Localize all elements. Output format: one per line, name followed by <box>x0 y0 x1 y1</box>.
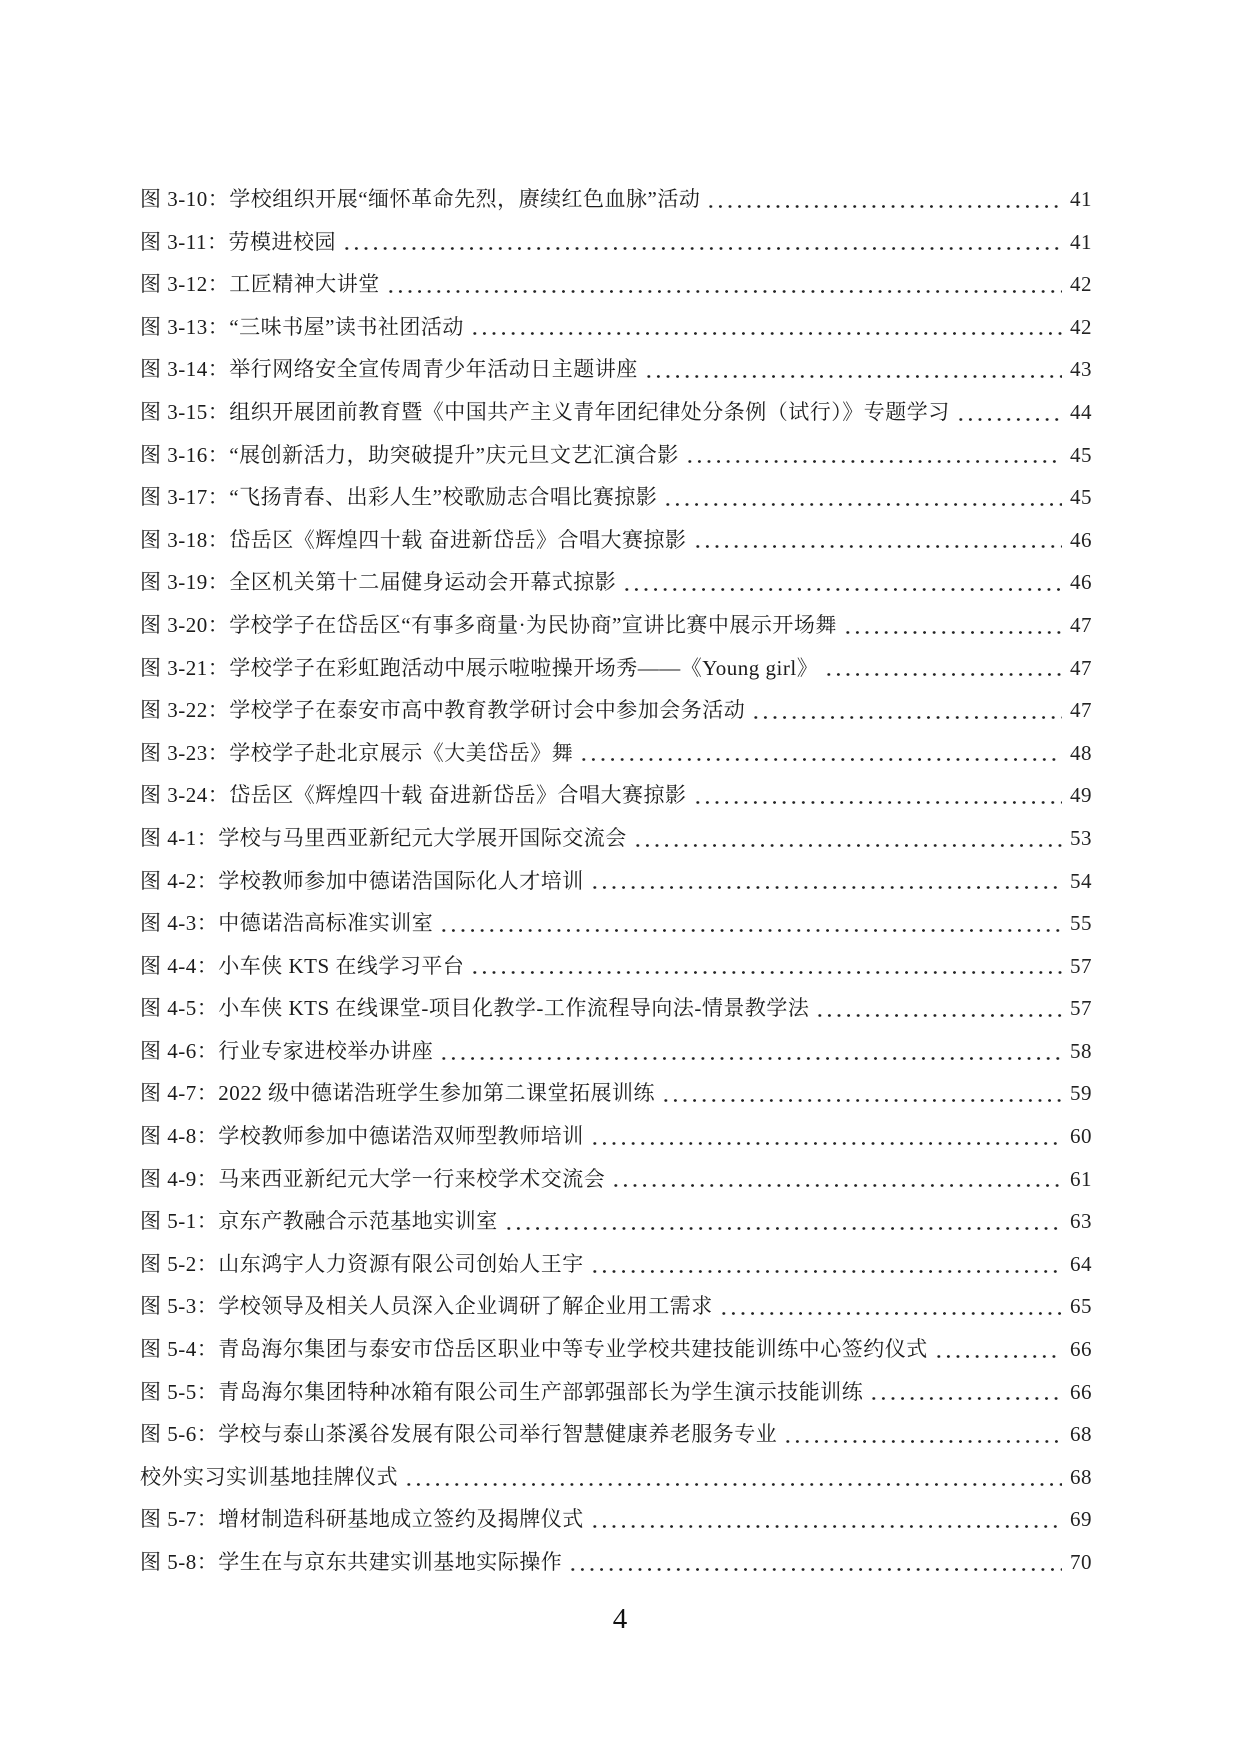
toc-entry-label: 图 4-7：2022 级中德诺浩班学生参加第二课堂拓展训练 <box>140 1072 655 1115</box>
toc-entry[interactable]: 图 5-3：学校领导及相关人员深入企业调研了解企业用工需求 65 <box>140 1285 1092 1328</box>
toc-entry-label: 图 4-3：中德诺浩高标准实训室 <box>140 902 433 945</box>
dot-leader <box>504 1200 1062 1243</box>
toc-entry-label: 图 3-18：岱岳区《辉煌四十载 奋进新岱岳》合唱大赛掠影 <box>140 519 687 562</box>
toc-entry-label: 图 3-20：学校学子在岱岳区“有事多商量·为民协商”宣讲比赛中展示开场舞 <box>140 604 837 647</box>
toc-entry[interactable]: 图 3-20：学校学子在岱岳区“有事多商量·为民协商”宣讲比赛中展示开场舞 47 <box>140 604 1092 647</box>
toc-entry-page: 45 <box>1066 476 1092 519</box>
toc-entry[interactable]: 图 3-18：岱岳区《辉煌四十载 奋进新岱岳》合唱大赛掠影 46 <box>140 519 1092 562</box>
toc-entry-page: 64 <box>1066 1243 1092 1286</box>
dot-leader <box>404 1456 1062 1499</box>
toc-entry-label: 图 4-1：学校与马里西亚新纪元大学展开国际交流会 <box>140 817 627 860</box>
toc-entry[interactable]: 图 3-14：举行网络安全宣传周青少年活动日主题讲座 43 <box>140 348 1092 391</box>
toc-entry-page: 41 <box>1066 178 1092 221</box>
toc-entry[interactable]: 图 5-1：京东产教融合示范基地实训室 63 <box>140 1200 1092 1243</box>
toc-entry-label: 图 3-23：学校学子赴北京展示《大美岱岳》舞 <box>140 732 573 775</box>
toc-entry-label: 图 5-2：山东鸿宇人力资源有限公司创始人王宇 <box>140 1243 584 1286</box>
dot-leader <box>685 434 1062 477</box>
dot-leader <box>386 263 1062 306</box>
toc-entry-label: 图 4-6：行业专家进校举办讲座 <box>140 1030 433 1073</box>
dot-leader <box>611 1158 1062 1201</box>
document-page: 图 3-10：学校组织开展“缅怀革命先烈，赓续红色血脉”活动 41 图 3-11… <box>0 0 1240 1753</box>
toc-entry[interactable]: 图 4-9：马来西亚新纪元大学一行来校学术交流会 61 <box>140 1158 1092 1201</box>
toc-entry[interactable]: 图 5-8：学生在与京东共建实训基地实际操作 70 <box>140 1541 1092 1584</box>
toc-entry-label: 图 4-4：小车侠 KTS 在线学习平台 <box>140 945 464 988</box>
dot-leader <box>869 1371 1062 1414</box>
toc-entry-page: 66 <box>1066 1371 1092 1414</box>
toc-entry-page: 66 <box>1066 1328 1092 1371</box>
toc-entry-page: 68 <box>1066 1413 1092 1456</box>
dot-leader <box>693 774 1063 817</box>
dot-leader <box>824 647 1062 690</box>
dot-leader <box>934 1328 1062 1371</box>
dot-leader <box>693 519 1063 562</box>
toc-entry[interactable]: 图 5-5：青岛海尔集团特种冰箱有限公司生产部郭强部长为学生演示技能训练 66 <box>140 1371 1092 1414</box>
toc-entry-page: 47 <box>1066 689 1092 732</box>
toc-entry-page: 46 <box>1066 561 1092 604</box>
figure-list: 图 3-10：学校组织开展“缅怀革命先烈，赓续红色血脉”活动 41 图 3-11… <box>140 178 1092 1584</box>
toc-entry-page: 60 <box>1066 1115 1092 1158</box>
dot-leader <box>661 1072 1062 1115</box>
toc-entry-label: 图 5-1：京东产教融合示范基地实训室 <box>140 1200 498 1243</box>
toc-entry-label: 图 5-3：学校领导及相关人员深入企业调研了解企业用工需求 <box>140 1285 713 1328</box>
dot-leader <box>579 732 1062 775</box>
toc-entry[interactable]: 图 3-10：学校组织开展“缅怀革命先烈，赓续红色血脉”活动 41 <box>140 178 1092 221</box>
toc-entry[interactable]: 图 3-19：全区机关第十二届健身运动会开幕式掠影 46 <box>140 561 1092 604</box>
toc-entry-label: 图 3-12：工匠精神大讲堂 <box>140 263 380 306</box>
toc-entry-label: 图 5-7：增材制造科研基地成立签约及揭牌仪式 <box>140 1498 584 1541</box>
toc-entry[interactable]: 图 5-4：青岛海尔集团与泰安市岱岳区职业中等专业学校共建技能训练中心签约仪式 … <box>140 1328 1092 1371</box>
toc-entry-label: 图 3-24：岱岳区《辉煌四十载 奋进新岱岳》合唱大赛掠影 <box>140 774 687 817</box>
dot-leader <box>956 391 1062 434</box>
toc-entry[interactable]: 图 4-2：学校教师参加中德诺浩国际化人才培训 54 <box>140 860 1092 903</box>
toc-entry[interactable]: 图 3-12：工匠精神大讲堂 42 <box>140 263 1092 306</box>
toc-entry-label: 图 3-21：学校学子在彩虹跑活动中展示啦啦操开场秀——《Young girl》 <box>140 647 818 690</box>
dot-leader <box>470 945 1062 988</box>
dot-leader <box>663 476 1062 519</box>
toc-entry-page: 55 <box>1066 902 1092 945</box>
toc-entry-page: 43 <box>1066 348 1092 391</box>
toc-entry[interactable]: 图 3-23：学校学子赴北京展示《大美岱岳》舞 48 <box>140 732 1092 775</box>
toc-entry[interactable]: 图 3-17：“飞扬青春、出彩人生”校歌励志合唱比赛掠影 45 <box>140 476 1092 519</box>
dot-leader <box>439 1030 1062 1073</box>
toc-entry-page: 49 <box>1066 774 1092 817</box>
dot-leader <box>843 604 1062 647</box>
toc-entry-label: 图 3-16：“展创新活力，助突破提升”庆元旦文艺汇演合影 <box>140 434 679 477</box>
toc-entry-page: 48 <box>1066 732 1092 775</box>
dot-leader <box>622 561 1062 604</box>
toc-entry-page: 63 <box>1066 1200 1092 1243</box>
toc-entry[interactable]: 图 3-13：“三味书屋”读书社团活动 42 <box>140 306 1092 349</box>
toc-entry-label: 图 3-14：举行网络安全宣传周青少年活动日主题讲座 <box>140 348 638 391</box>
toc-entry[interactable]: 图 4-8：学校教师参加中德诺浩双师型教师培训 60 <box>140 1115 1092 1158</box>
toc-entry[interactable]: 图 5-2：山东鸿宇人力资源有限公司创始人王宇 64 <box>140 1243 1092 1286</box>
toc-entry-page: 65 <box>1066 1285 1092 1328</box>
toc-entry[interactable]: 图 3-21：学校学子在彩虹跑活动中展示啦啦操开场秀——《Young girl》… <box>140 647 1092 690</box>
dot-leader <box>783 1413 1062 1456</box>
toc-entry-page: 58 <box>1066 1030 1092 1073</box>
toc-entry[interactable]: 图 3-11：劳模进校园 41 <box>140 221 1092 264</box>
toc-entry-page: 59 <box>1066 1072 1092 1115</box>
toc-entry-label: 图 4-9：马来西亚新纪元大学一行来校学术交流会 <box>140 1158 605 1201</box>
toc-entry-label: 图 4-2：学校教师参加中德诺浩国际化人才培训 <box>140 860 584 903</box>
toc-entry[interactable]: 图 4-6：行业专家进校举办讲座 58 <box>140 1030 1092 1073</box>
toc-entry-label: 图 3-10：学校组织开展“缅怀革命先烈，赓续红色血脉”活动 <box>140 178 700 221</box>
toc-entry-page: 41 <box>1066 221 1092 264</box>
toc-entry-label: 图 3-15：组织开展团前教育暨《中国共产主义青年团纪律处分条例（试行）》专题学… <box>140 391 950 434</box>
footer-page-number: 4 <box>0 1605 1240 1634</box>
dot-leader <box>633 817 1062 860</box>
toc-entry-page: 54 <box>1066 860 1092 903</box>
toc-entry[interactable]: 图 3-22：学校学子在泰安市高中教育教学研讨会中参加会务活动 47 <box>140 689 1092 732</box>
dot-leader <box>590 860 1062 903</box>
toc-entry-page: 46 <box>1066 519 1092 562</box>
toc-entry-label: 图 5-6：学校与泰山茶溪谷发展有限公司举行智慧健康养老服务专业 <box>140 1413 777 1456</box>
dot-leader <box>719 1285 1062 1328</box>
toc-entry-label: 图 4-8：学校教师参加中德诺浩双师型教师培训 <box>140 1115 584 1158</box>
toc-entry-label: 图 3-11：劳模进校园 <box>140 221 336 264</box>
dot-leader <box>439 902 1062 945</box>
dot-leader <box>706 178 1062 221</box>
toc-entry[interactable]: 图 4-5：小车侠 KTS 在线课堂-项目化教学-工作流程导向法-情景教学法 5… <box>140 987 1092 1030</box>
toc-entry-label: 图 5-8：学生在与京东共建实训基地实际操作 <box>140 1541 562 1584</box>
toc-entry-page: 61 <box>1066 1158 1092 1201</box>
toc-entry-page: 57 <box>1066 945 1092 988</box>
toc-entry-label: 图 3-22：学校学子在泰安市高中教育教学研讨会中参加会务活动 <box>140 689 745 732</box>
toc-entry[interactable]: 图 3-24：岱岳区《辉煌四十载 奋进新岱岳》合唱大赛掠影 49 <box>140 774 1092 817</box>
toc-entry-page: 42 <box>1066 306 1092 349</box>
toc-entry[interactable]: 图 5-7：增材制造科研基地成立签约及揭牌仪式 69 <box>140 1498 1092 1541</box>
toc-entry-page: 53 <box>1066 817 1092 860</box>
toc-entry-page: 57 <box>1066 987 1092 1030</box>
toc-entry-label: 图 5-4：青岛海尔集团与泰安市岱岳区职业中等专业学校共建技能训练中心签约仪式 <box>140 1328 928 1371</box>
toc-entry[interactable]: 图 4-1：学校与马里西亚新纪元大学展开国际交流会 53 <box>140 817 1092 860</box>
toc-entry[interactable]: 图 5-6：学校与泰山茶溪谷发展有限公司举行智慧健康养老服务专业 68 <box>140 1413 1092 1456</box>
toc-entry-page: 47 <box>1066 604 1092 647</box>
toc-entry-page: 70 <box>1066 1541 1092 1584</box>
toc-entry[interactable]: 图 3-15：组织开展团前教育暨《中国共产主义青年团纪律处分条例（试行）》专题学… <box>140 391 1092 434</box>
toc-entry[interactable]: 校外实习实训基地挂牌仪式 68 <box>140 1456 1092 1499</box>
toc-entry[interactable]: 图 4-4：小车侠 KTS 在线学习平台 57 <box>140 945 1092 988</box>
toc-entry-page: 69 <box>1066 1498 1092 1541</box>
dot-leader <box>568 1541 1062 1584</box>
toc-entry-label: 图 3-19：全区机关第十二届健身运动会开幕式掠影 <box>140 561 616 604</box>
toc-entry-label: 图 5-5：青岛海尔集团特种冰箱有限公司生产部郭强部长为学生演示技能训练 <box>140 1371 863 1414</box>
toc-entry[interactable]: 图 3-16：“展创新活力，助突破提升”庆元旦文艺汇演合影 45 <box>140 434 1092 477</box>
toc-entry-label: 图 4-5：小车侠 KTS 在线课堂-项目化教学-工作流程导向法-情景教学法 <box>140 987 809 1030</box>
toc-entry-label: 图 3-17：“飞扬青春、出彩人生”校歌励志合唱比赛掠影 <box>140 476 657 519</box>
toc-entry[interactable]: 图 4-3：中德诺浩高标准实训室 55 <box>140 902 1092 945</box>
toc-entry-page: 42 <box>1066 263 1092 306</box>
toc-entry-page: 68 <box>1066 1456 1092 1499</box>
dot-leader <box>644 348 1062 391</box>
dot-leader <box>470 306 1062 349</box>
dot-leader <box>590 1115 1062 1158</box>
dot-leader <box>815 987 1062 1030</box>
toc-entry-page: 44 <box>1066 391 1092 434</box>
toc-entry-label: 校外实习实训基地挂牌仪式 <box>140 1456 398 1499</box>
dot-leader <box>342 221 1062 264</box>
toc-entry-page: 47 <box>1066 647 1092 690</box>
toc-entry-page: 45 <box>1066 434 1092 477</box>
toc-entry[interactable]: 图 4-7：2022 级中德诺浩班学生参加第二课堂拓展训练 59 <box>140 1072 1092 1115</box>
toc-entry-label: 图 3-13：“三味书屋”读书社团活动 <box>140 306 464 349</box>
dot-leader <box>590 1243 1062 1286</box>
dot-leader <box>590 1498 1062 1541</box>
dot-leader <box>751 689 1062 732</box>
